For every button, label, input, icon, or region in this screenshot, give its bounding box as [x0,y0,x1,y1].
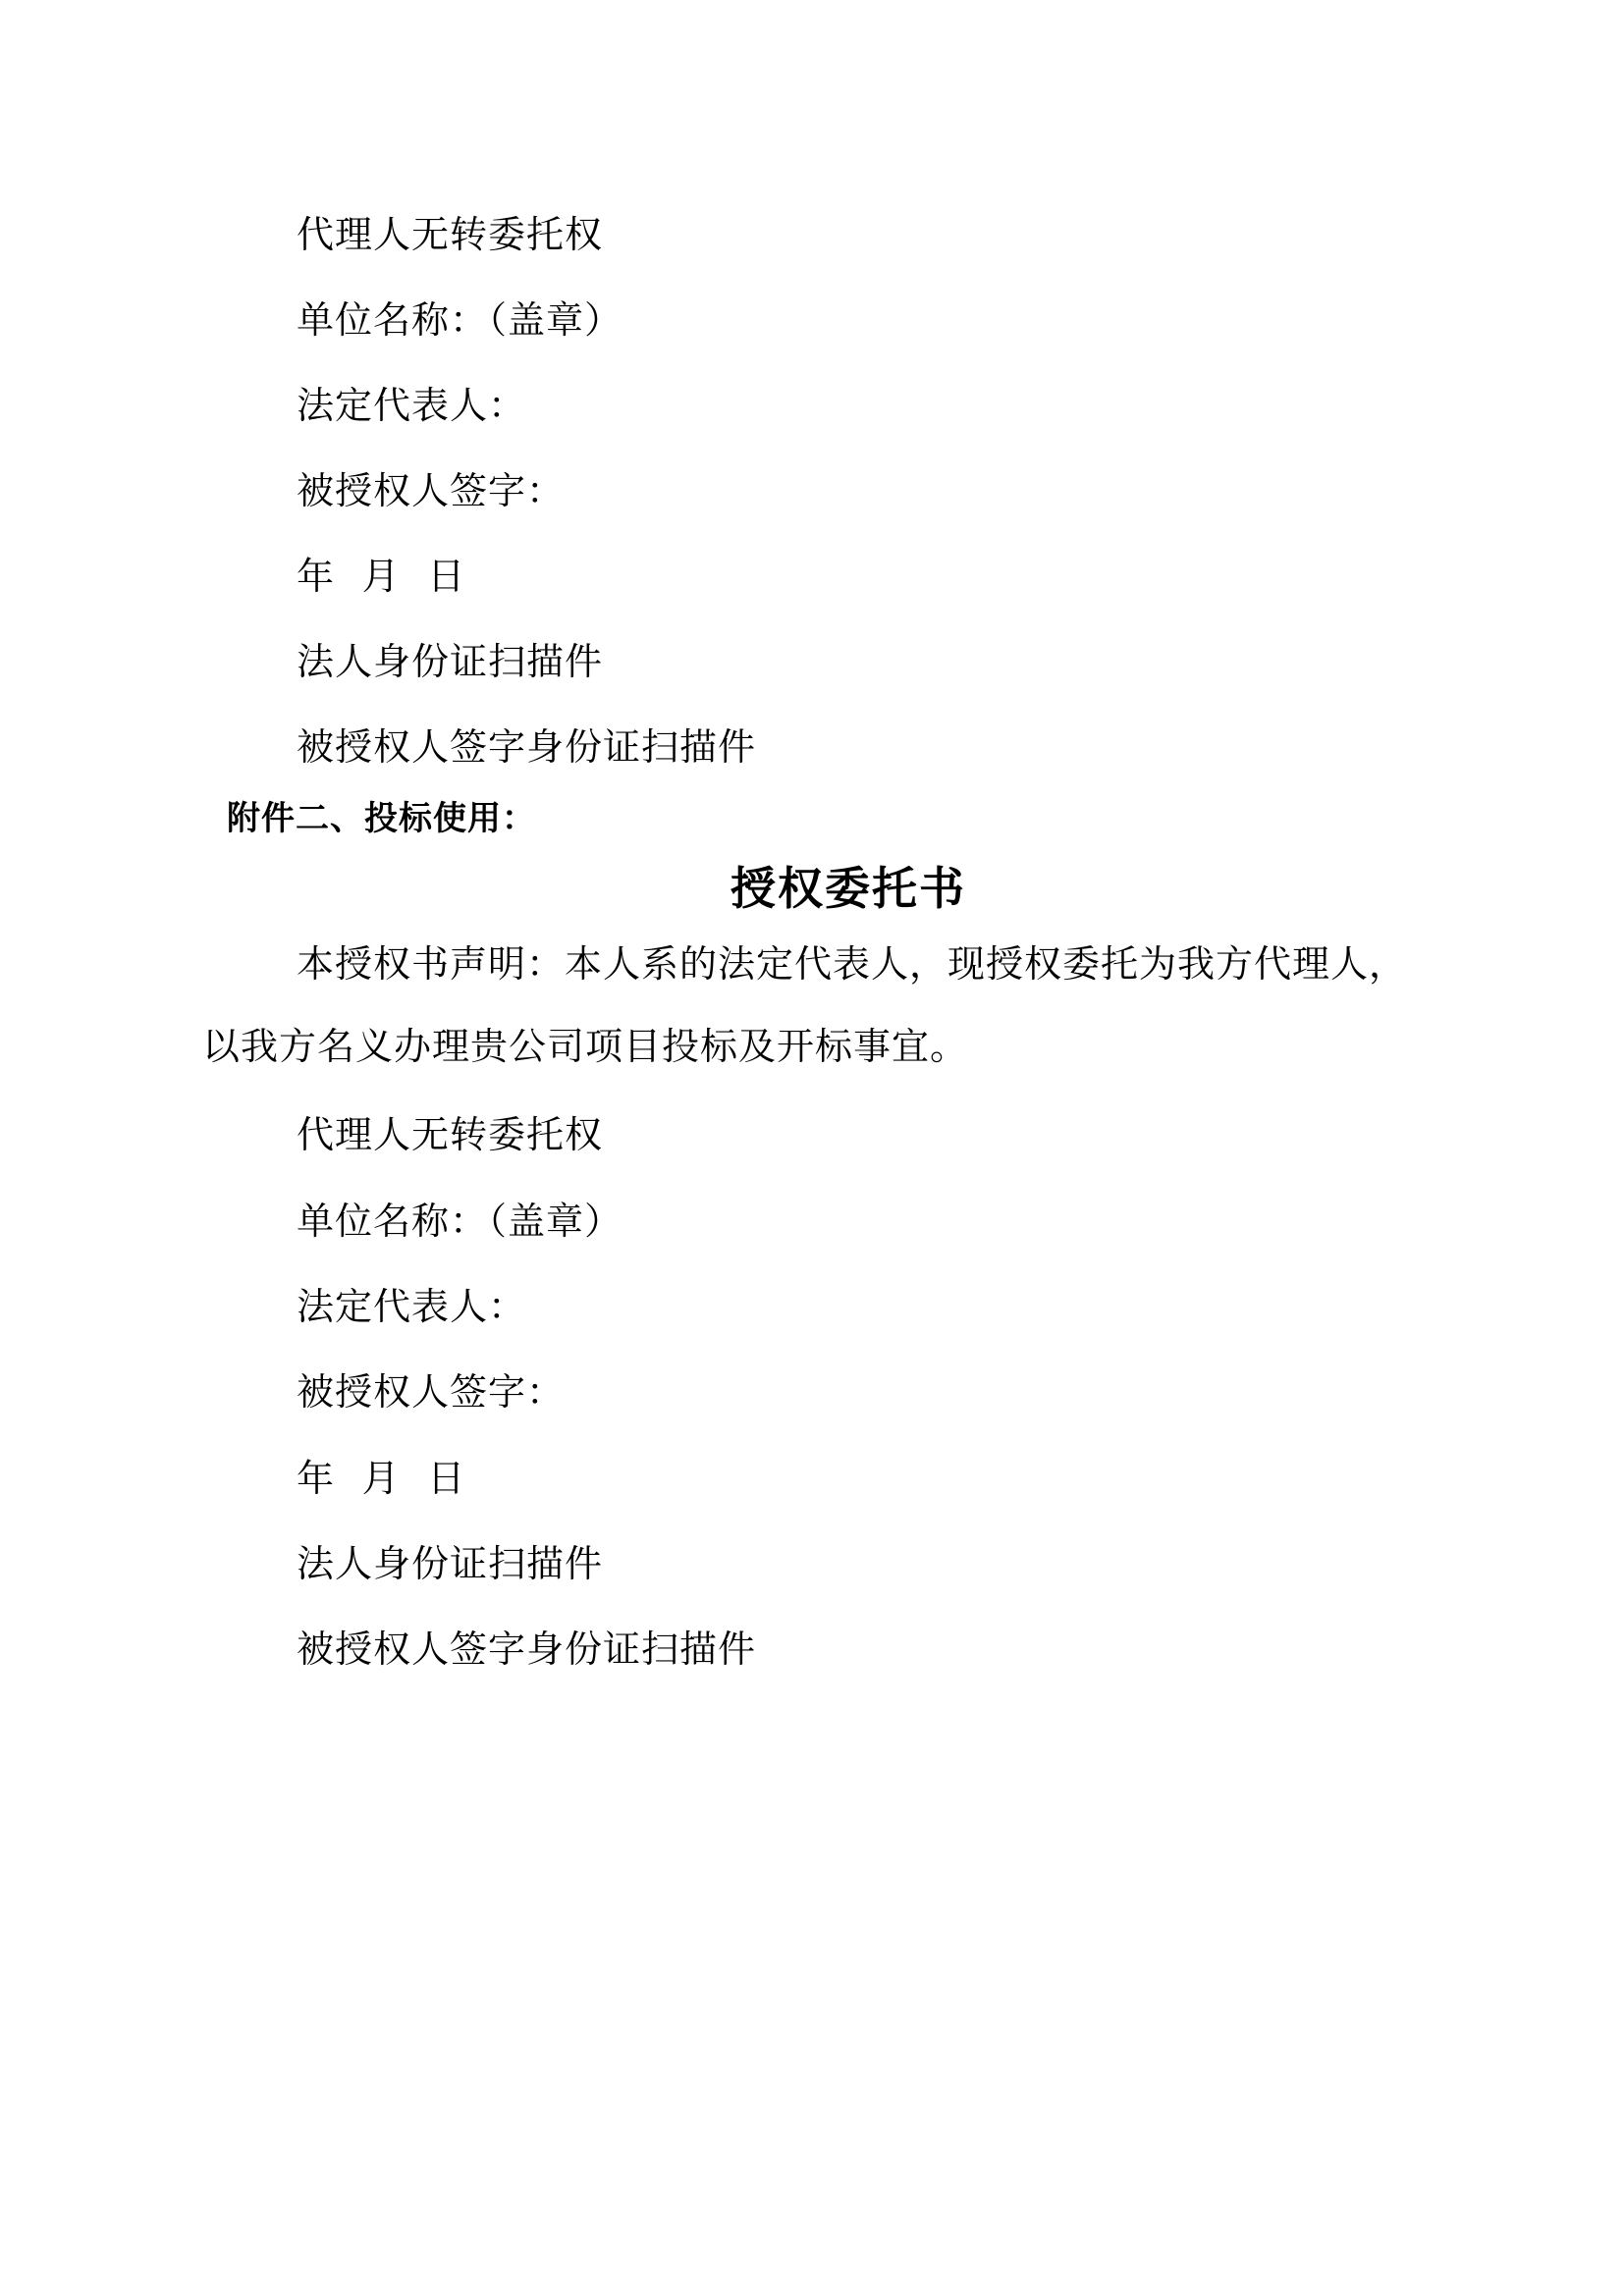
attachment-heading: 附件二、投标使用： [227,791,536,839]
legal-representative-line-bottom: 法定代表人： [297,1287,526,1330]
declaration-line-2: 以我方名义办理贵公司项目投标及开标事宜。 [202,1027,968,1070]
authorized-signature-line-bottom: 被授权人签字： [297,1372,565,1415]
agent-no-subdelegation-line-top: 代理人无转委托权 [297,215,603,258]
document-page: 代理人无转委托权 单位名称：（盖章） 法定代表人： 被授权人签字： 年 月 日 … [0,0,1624,2296]
date-line-bottom: 年 月 日 [297,1459,465,1502]
legal-person-id-scan-line-bottom: 法人身份证扫描件 [297,1544,603,1587]
authorized-signature-line-top: 被授权人签字： [297,471,565,514]
authorized-person-id-scan-line-top: 被授权人签字身份证扫描件 [297,727,756,771]
legal-person-id-scan-line-top: 法人身份证扫描件 [297,642,603,685]
declaration-line-1: 本授权书声明：本人系的法定代表人，现授权委托为我方代理人， [297,944,1407,988]
date-line-top: 年 月 日 [297,557,465,600]
authorized-person-id-scan-line-bottom: 被授权人签字身份证扫描件 [297,1629,756,1673]
unit-name-line-top: 单位名称：（盖章） [297,300,623,344]
document-title: 授权委托书 [0,853,1624,918]
legal-representative-line-top: 法定代表人： [297,386,526,429]
agent-no-subdelegation-line-bottom: 代理人无转委托权 [297,1115,603,1158]
unit-name-line-bottom: 单位名称：（盖章） [297,1201,623,1245]
